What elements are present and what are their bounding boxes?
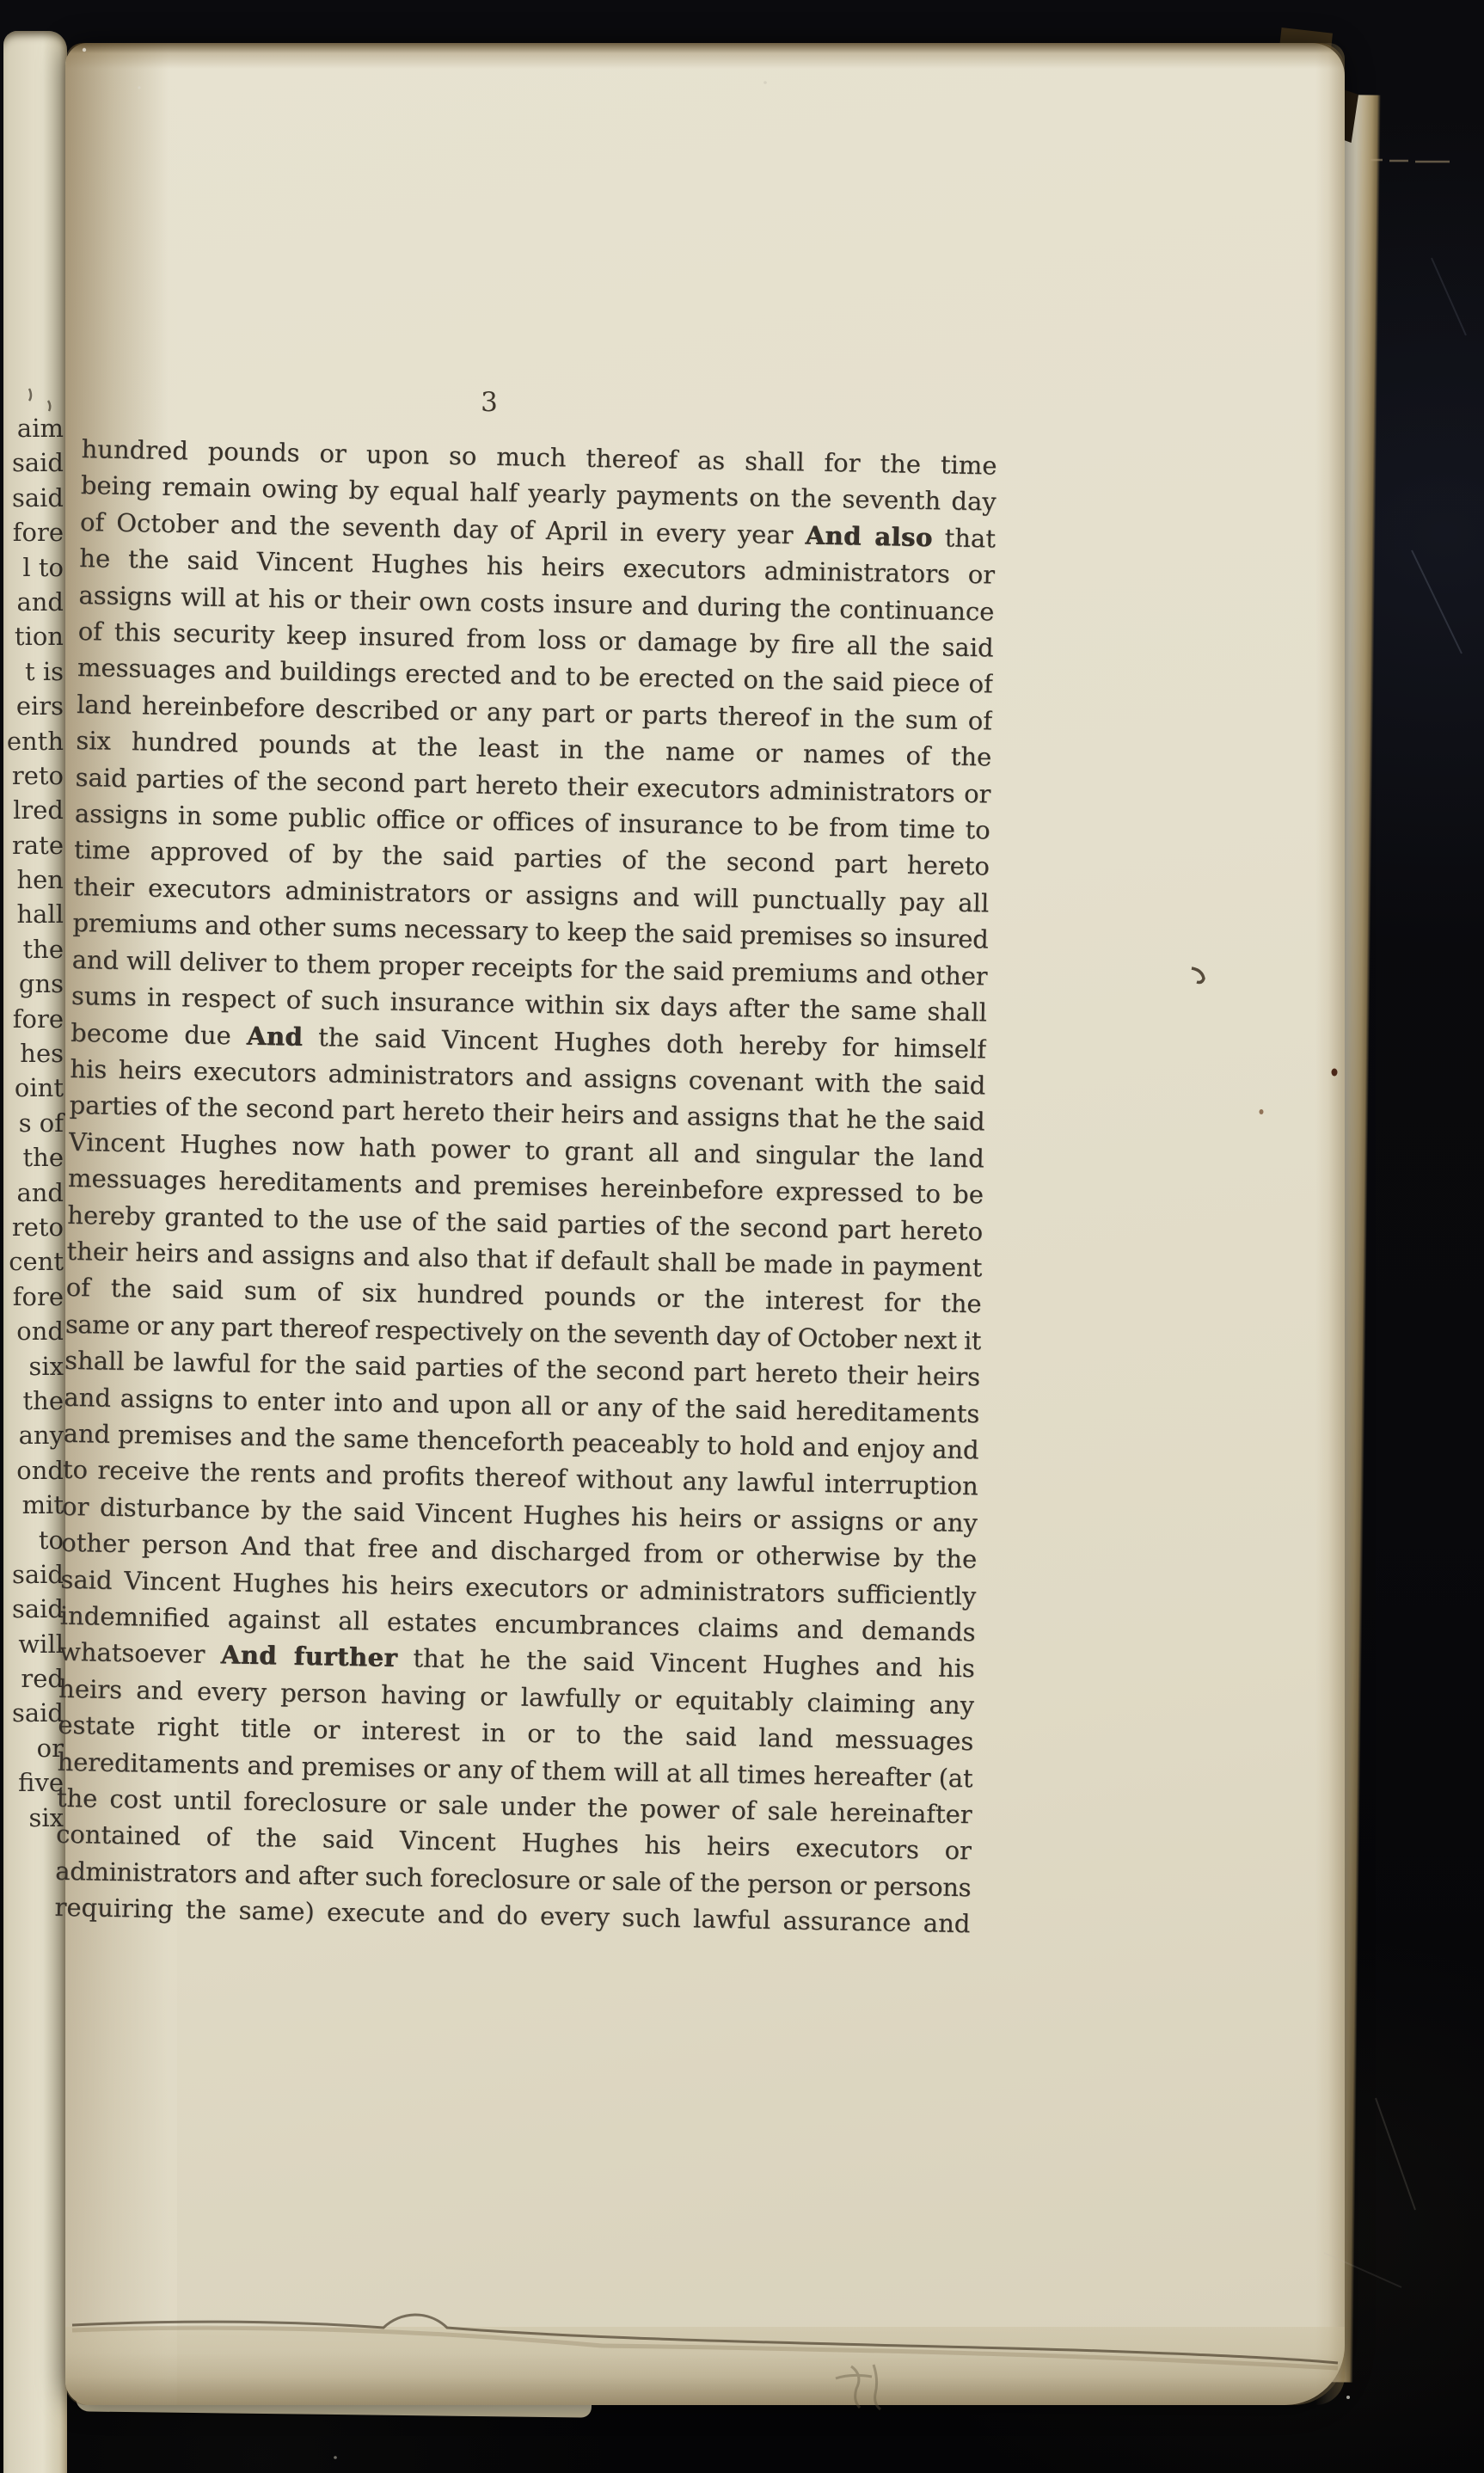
left-page-fragment: the	[3, 1384, 64, 1418]
left-page-fragment: fore	[3, 515, 64, 549]
facing-page-edge: aimsaidsaidforel toandtiont iseirsenthre…	[3, 31, 67, 2473]
line-segment: whatsoever	[59, 1637, 221, 1669]
left-page-fragment: s of	[3, 1106, 64, 1140]
left-page-fragment: ond	[3, 1453, 64, 1488]
gothic-phrase: And also	[805, 520, 933, 552]
left-page-fragment: fore	[3, 1279, 64, 1314]
document-text: hundred pounds or upon so much thereof a…	[54, 433, 997, 1944]
left-page-fragment: reto	[3, 758, 64, 793]
line-segment: become due	[71, 1017, 247, 1050]
left-page-fragment: six	[3, 1349, 64, 1384]
left-page-fragment: fore	[3, 1002, 64, 1036]
left-page-fragment: l to	[3, 550, 64, 585]
left-page-fragment: tion	[3, 619, 64, 654]
left-page-fragments: aimsaidsaidforel toandtiont iseirsenthre…	[3, 411, 64, 1835]
line-segment: that	[932, 523, 996, 553]
left-page-fragment: said	[3, 1696, 64, 1730]
left-page-fragment: eirs	[3, 689, 64, 723]
left-page-fragment: hes	[3, 1036, 64, 1071]
gothic-phrase: And	[246, 1021, 303, 1051]
left-page-fragment: hen	[3, 862, 64, 897]
left-page-fragment: and	[3, 585, 64, 619]
left-page-fragment: aim	[3, 411, 64, 445]
page-top-edge-shading	[65, 43, 1345, 69]
left-page-fragment: mit	[3, 1488, 64, 1522]
book-scan: aimsaidsaidforel toandtiont iseirsenthre…	[0, 0, 1484, 2473]
page-bottom-edge-shading	[65, 2353, 1345, 2405]
left-page-fragment: said	[3, 445, 64, 480]
left-page-fragment: oint	[3, 1071, 64, 1105]
page-right-edge-shading	[1315, 43, 1345, 2405]
gothic-phrase: And further	[220, 1641, 397, 1673]
left-page-fragment: to	[3, 1523, 64, 1557]
dust-speck	[1346, 2396, 1350, 2399]
left-page-fragment: t is	[3, 654, 64, 689]
left-page-fragment: any	[3, 1418, 64, 1452]
left-page-fragment: said	[3, 1557, 64, 1592]
left-page-fragment: reto	[3, 1210, 64, 1244]
left-page-fragment: five	[3, 1765, 64, 1800]
left-page-fragment: cent	[3, 1244, 64, 1279]
left-page-fragment: and	[3, 1175, 64, 1210]
left-page-fragment: red	[3, 1661, 64, 1696]
left-page-fragment: will	[3, 1627, 64, 1661]
left-page-fragment: enth	[3, 724, 64, 758]
left-page-fragment: rate	[3, 828, 64, 862]
left-page-fragment: or	[3, 1731, 64, 1765]
left-page-fragment: ond	[3, 1314, 64, 1348]
left-page-fragment: hall	[3, 897, 64, 931]
background-scratch	[1432, 258, 1466, 335]
left-page-fragment: lred	[3, 793, 64, 827]
left-page-fragment: the	[3, 1140, 64, 1175]
background-scratch	[1412, 550, 1462, 654]
left-page-fragment: said	[3, 1592, 64, 1626]
left-page-fragment: the	[3, 932, 64, 966]
left-page-fragment: said	[3, 481, 64, 515]
page-number: 3	[459, 387, 519, 418]
left-page-fragment: six	[3, 1801, 64, 1835]
left-page-fragment: gns	[3, 966, 64, 1001]
dust-speck	[334, 2456, 337, 2459]
